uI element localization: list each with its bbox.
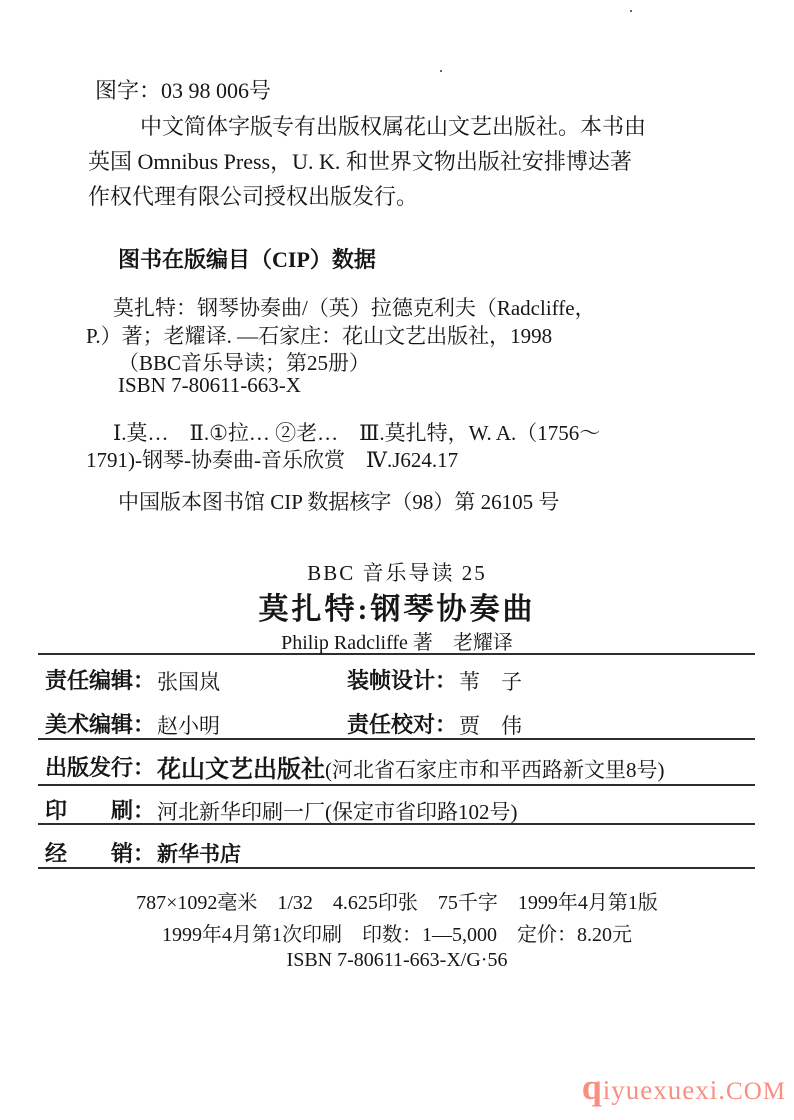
cip-record-line: P.）著；老耀译. —石家庄：花山文艺出版社，1998 <box>86 320 552 350</box>
colophon-value: 河北新华印刷一厂(保定市省印路102号) <box>157 796 518 826</box>
colophon-label: 印 刷： <box>45 794 155 825</box>
scan-speck <box>630 10 632 12</box>
divider-line <box>38 784 755 786</box>
cip-heading: 图书在版编目（CIP）数据 <box>118 243 376 274</box>
colophon-label: 装帧设计： <box>347 664 457 695</box>
cip-isbn: ISBN 7-80611-663-X <box>118 373 301 398</box>
copyright-line: 中文简体字版专有出版权属花山文艺出版社。本书由 <box>140 110 646 141</box>
colophon-value: 苇 子 <box>459 666 522 696</box>
printing-spec-line: 787×1092毫米 1/32 4.625印张 75千字 1999年4月第1版 <box>0 886 794 915</box>
watermark-suffix: COM <box>726 1078 786 1105</box>
publisher-address: (河北省石家庄市和平西路新文里8号) <box>325 758 665 782</box>
colophon-label: 出版发行： <box>45 751 155 782</box>
register-number: 图字：03 98 006号 <box>95 74 271 105</box>
cip-registry: 中国版本图书馆 CIP 数据核字（98）第 26105 号 <box>118 486 559 516</box>
copyright-page: 图字：03 98 006号 中文简体字版专有出版权属花山文艺出版社。本书由 英国… <box>0 0 794 1120</box>
colophon-label: 美术编辑： <box>45 708 155 739</box>
site-watermark: qiyuexuexi.COM <box>582 1066 786 1108</box>
publisher-line: 花山文艺出版社(河北省石家庄市和平西路新文里8号) <box>157 749 665 784</box>
divider-line <box>38 653 755 655</box>
author-byline: Philip Radcliffe 著 老耀译 <box>0 626 794 655</box>
colophon-label: 责任编辑： <box>45 664 155 695</box>
colophon-label: 责任校对： <box>347 708 457 739</box>
scan-speck <box>440 70 442 72</box>
colophon-value: 赵小明 <box>157 710 220 740</box>
colophon-label: 经 销： <box>45 837 155 868</box>
cip-record-line: 莫扎特：钢琴协奏曲/（英）拉德克利夫（Radcliffe， <box>113 292 596 322</box>
cip-class-line: 1791)-钢琴-协奏曲-音乐欣赏 Ⅳ.J624.17 <box>86 444 458 474</box>
copyright-line: 作权代理有限公司授权出版发行。 <box>88 180 418 211</box>
publisher-name: 花山文艺出版社 <box>157 757 325 783</box>
colophon-value: 新华书店 <box>157 838 241 868</box>
printing-isbn: ISBN 7-80611-663-X/G·56 <box>0 949 794 972</box>
watermark-body: iyuexuexi. <box>603 1075 726 1105</box>
book-title: 莫扎特:钢琴协奏曲 <box>0 584 794 628</box>
cip-class-line: Ⅰ.莫… Ⅱ.①拉… ②老… Ⅲ.莫扎特，W. A.（1756～ <box>113 417 600 447</box>
colophon-value: 贾 伟 <box>459 710 522 740</box>
series-title: BBC 音乐导读 25 <box>0 557 794 587</box>
colophon-value: 张国岚 <box>157 666 220 696</box>
scan-speck <box>270 135 272 137</box>
printing-spec-line: 1999年4月第1次印刷 印数：1—5,000 定价：8.20元 <box>0 918 794 947</box>
copyright-line: 英国 Omnibus Press，U. K. 和世界文物出版社安排博达著 <box>88 145 632 176</box>
watermark-initial: q <box>582 1067 603 1107</box>
